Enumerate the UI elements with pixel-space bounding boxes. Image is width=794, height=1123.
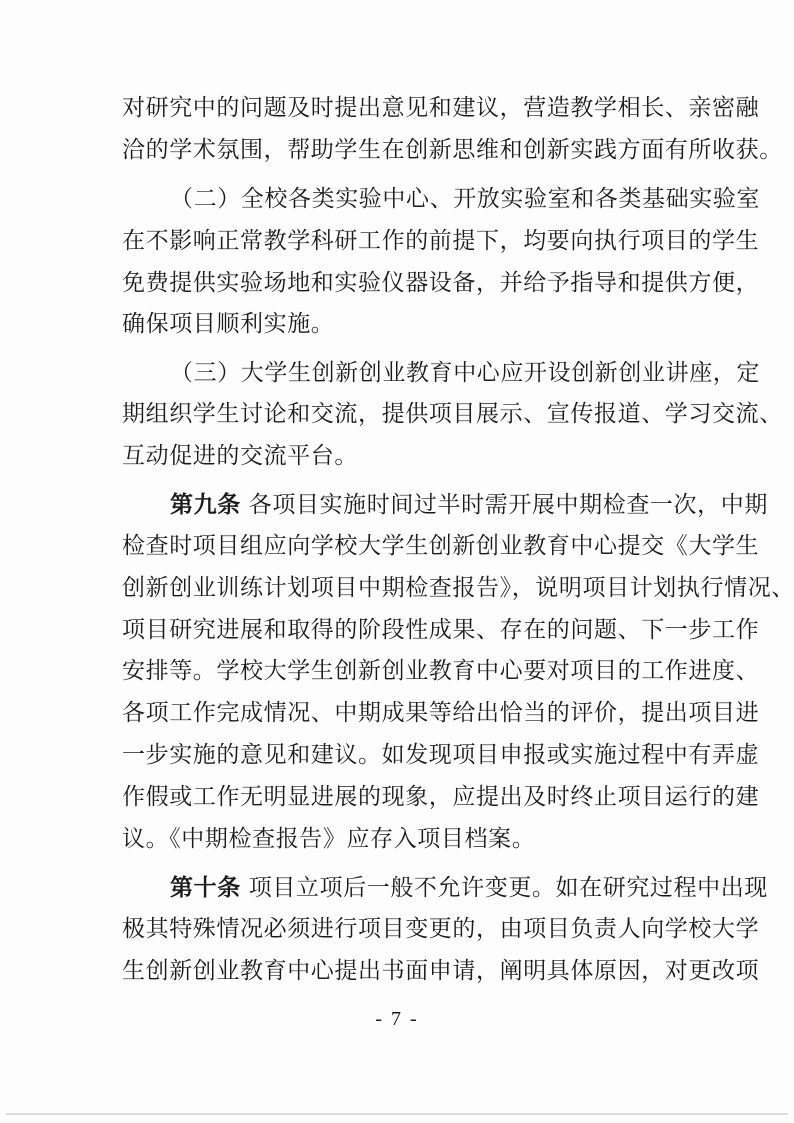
article-heading: 第十条 xyxy=(170,874,241,901)
text-span: 各项目实施时间过半时需开展中期检查一次，中期 xyxy=(249,492,768,518)
text-line: 议。《中期检查报告》应存入项目档案。 xyxy=(122,824,712,854)
text-line: 洽的学术氛围，帮助学生在创新思维和创新实践方面有所收获。 xyxy=(122,135,712,165)
text-line: 项目研究进展和取得的阶段性成果、存在的问题、下一步工作 xyxy=(122,615,712,645)
text-line: 创新创业训练计划项目中期检查报告》，说明项目计划执行情况、 xyxy=(122,573,712,603)
text-line: （三）大学生创新创业教育中心应开设创新创业讲座，定 xyxy=(170,358,712,388)
text-line: 确保项目顺利实施。 xyxy=(122,309,712,339)
text-line: 免费提供实验场地和实验仪器设备，并给予指导和提供方便， xyxy=(122,268,712,298)
text-line: 期组织学生讨论和交流，提供项目展示、宣传报道、学习交流、 xyxy=(122,399,712,429)
text-line: 极其特殊情况必须进行项目变更的，由项目负责人向学校大学 xyxy=(122,914,712,944)
text-line: 一步实施的意见和建议。如发现项目申报或实施过程中有弄虚 xyxy=(122,740,712,770)
article-10-first-line: 第十条 项目立项后一般不允许变更。如在研究过程中出现 xyxy=(170,873,712,903)
text-line: （二）全校各类实验中心、开放实验室和各类基础实验室 xyxy=(170,184,712,214)
text-line: 对研究中的问题及时提出意见和建议，营造教学相长、亲密融 xyxy=(122,93,712,123)
page-number: - 7 - xyxy=(0,1008,794,1031)
page-bottom-edge xyxy=(6,1113,788,1115)
text-line: 在不影响正常教学科研工作的前提下，均要向执行项目的学生 xyxy=(122,226,712,256)
article-9-first-line: 第九条 各项目实施时间过半时需开展中期检查一次，中期 xyxy=(170,490,712,520)
text-line: 安排等。学校大学生创新创业教育中心要对项目的工作进度、 xyxy=(122,656,712,686)
text-line: 互动促进的交流平台。 xyxy=(122,441,712,471)
document-page: 对研究中的问题及时提出意见和建议，营造教学相长、亲密融 洽的学术氛围，帮助学生在… xyxy=(0,0,794,1123)
text-line: 各项工作完成情况、中期成果等给出恰当的评价，提出项目进 xyxy=(122,698,712,728)
text-line: 生创新创业教育中心提出书面申请，阐明具体原因，对更改项 xyxy=(122,956,712,986)
text-span: 项目立项后一般不允许变更。如在研究过程中出现 xyxy=(249,875,768,901)
text-line: 作假或工作无明显进展的现象，应提出及时终止项目运行的建 xyxy=(122,782,712,812)
article-heading: 第九条 xyxy=(170,491,241,518)
text-line: 检查时项目组应向学校大学生创新创业教育中心提交《大学生 xyxy=(122,531,712,561)
